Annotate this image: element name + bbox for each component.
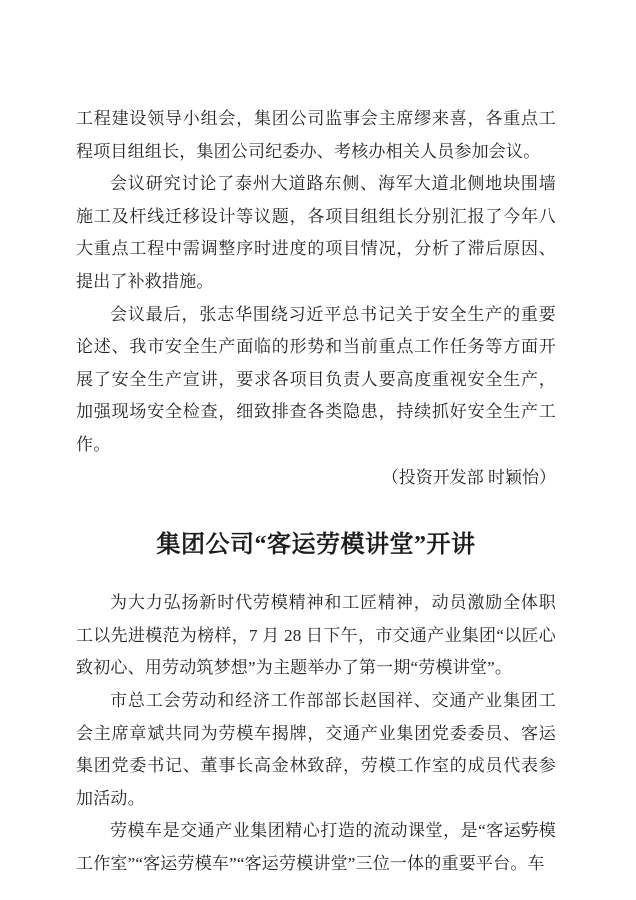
paragraph: 市总工会劳动和经济工作部部长赵国祥、交通产业集团工会主席章斌共同为劳模车揭牌，交… — [76, 685, 556, 815]
byline: （投资开发部 时颖怡） — [76, 462, 556, 495]
article: 集团公司“客运劳模讲堂”开讲 为大力弘扬新时代劳模精神和工匠精神，动员激励全体职… — [76, 530, 556, 880]
paragraph: 会议最后，张志华围绕习近平总书记关于安全生产的重要论述、我市安全生产面临的形势和… — [76, 299, 556, 462]
paragraph: 为大力弘扬新时代劳模精神和工匠精神，动员激励全体职工以先进模范为榜样，7 月 2… — [76, 587, 556, 685]
page-content: 工程建设领导小组会，集团公司监事会主席缪来喜，各重点工程项目组组长，集团公司纪委… — [76, 103, 556, 880]
paragraph: 会议研究讨论了泰州大道路东侧、海军大道北侧地块围墙施工及杆线迁移设计等议题，各项… — [76, 168, 556, 298]
page-number: - 5 - — [510, 820, 540, 840]
article-title: 集团公司“客运劳模讲堂”开讲 — [76, 530, 556, 560]
paragraph: 工程建设领导小组会，集团公司监事会主席缪来喜，各重点工程项目组组长，集团公司纪委… — [76, 103, 556, 168]
document-page: 工程建设领导小组会，集团公司监事会主席缪来喜，各重点工程项目组组长，集团公司纪委… — [0, 0, 636, 900]
article-continuation: 工程建设领导小组会，集团公司监事会主席缪来喜，各重点工程项目组组长，集团公司纪委… — [76, 103, 556, 494]
paragraph: 劳模车是交通产业集团精心打造的流动课堂，是“客运劳模工作室”“客运劳模车”“客运… — [76, 815, 556, 880]
